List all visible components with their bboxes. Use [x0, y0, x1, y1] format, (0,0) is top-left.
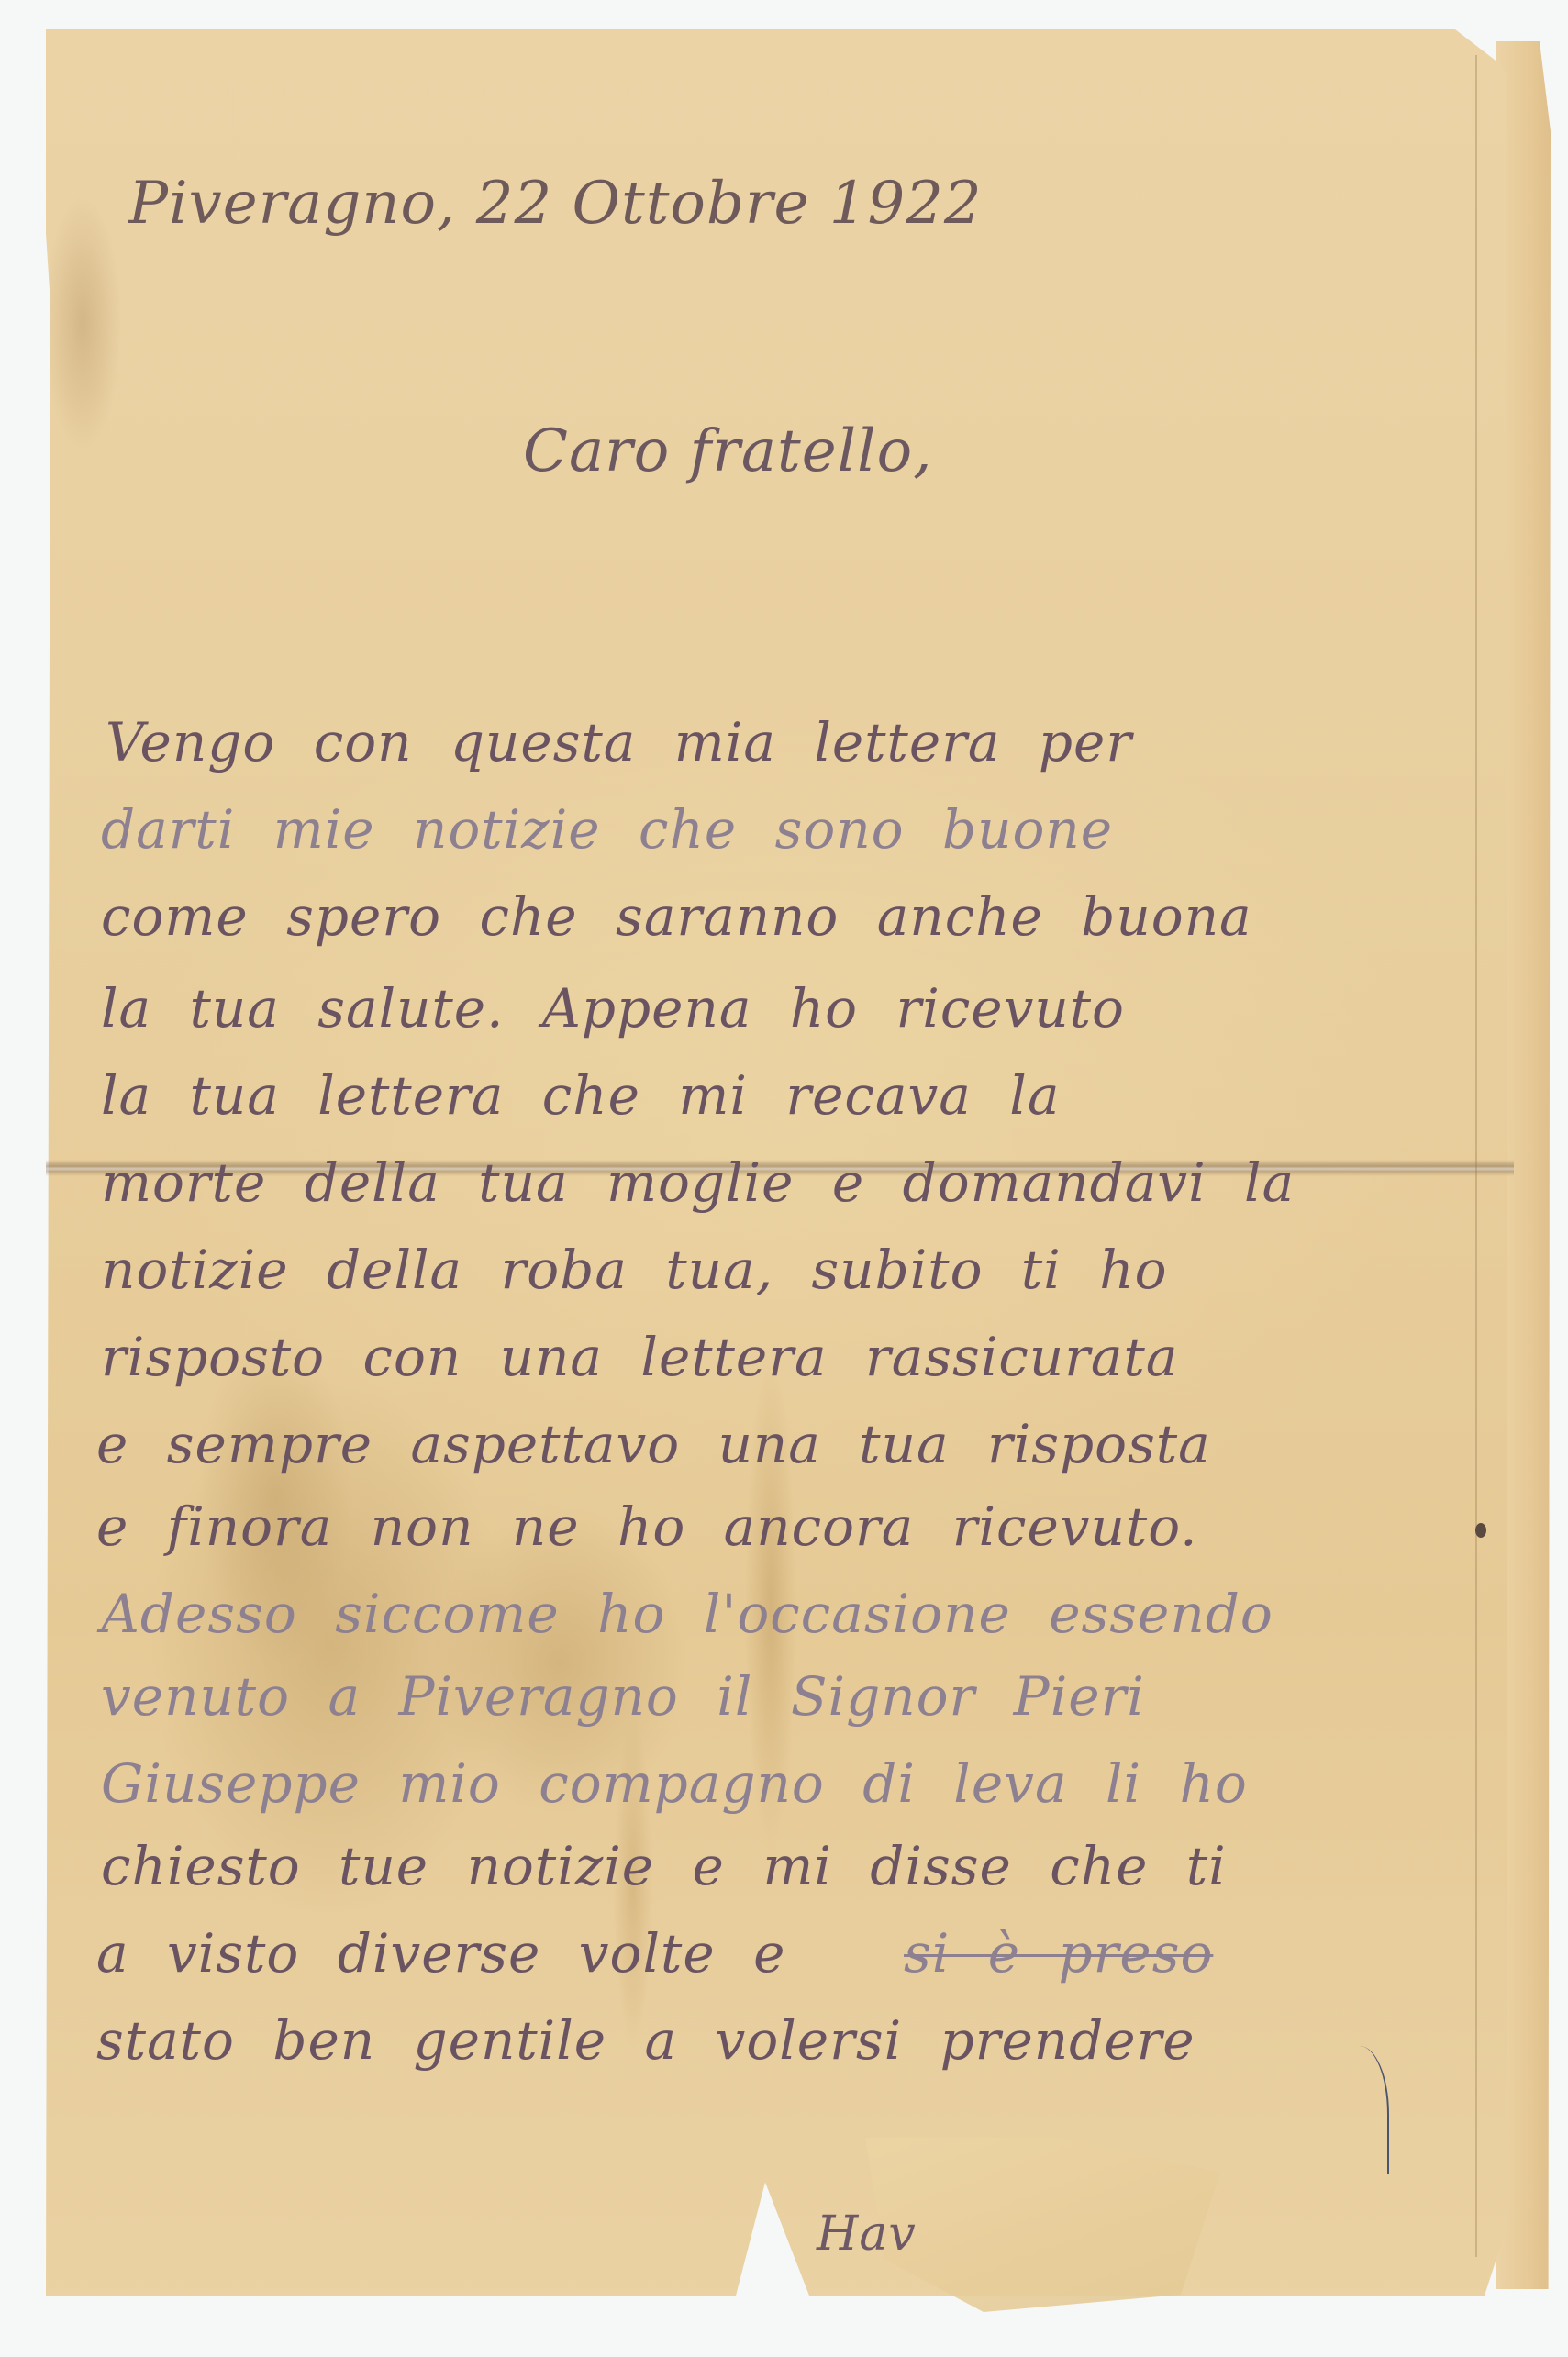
body-line: Giuseppe mio compagno di leva li ho — [101, 1752, 1248, 1815]
body-line: venuto a Piveragno il Signor Pieri — [101, 1665, 1145, 1728]
body-line: e sempre aspettavo una tua risposta — [96, 1413, 1211, 1475]
body-line: la tua lettera che mi recava la — [101, 1064, 1060, 1127]
body-line: stato ben gentile a volersi prendere — [96, 2009, 1195, 2072]
struck-through-text: si è preso — [904, 1922, 1213, 1985]
ink-blot — [1475, 1523, 1486, 1538]
body-line: la tua salute. Appena ho ricevuto — [101, 977, 1125, 1040]
body-line: risposto con una lettera rassicurata — [101, 1326, 1178, 1388]
place-date-heading: Piveragno, 22 Ottobre 1922 — [128, 170, 983, 238]
body-line: notizie della roba tua, subito ti ho — [101, 1239, 1168, 1301]
salutation: Caro fratello, — [523, 417, 932, 485]
body-line: darti mie notizie che sono buone — [101, 798, 1113, 861]
vertical-fold-crease — [1475, 55, 1477, 2257]
signature-fragment: Hav — [817, 2207, 917, 2262]
body-line: Vengo con questa mia lettera per — [106, 711, 1132, 773]
body-line: come spero che saranno anche buona — [101, 885, 1252, 948]
body-line: Adesso siccome ho l'occasione essendo — [101, 1583, 1273, 1645]
body-line: e finora non ne ho ancora ricevuto. — [96, 1495, 1198, 1558]
body-line: morte della tua moglie e domandavi la — [101, 1151, 1295, 1214]
body-line: chiesto tue notizie e mi disse che ti — [101, 1835, 1227, 1897]
body-line: a visto diverse volte e — [96, 1922, 785, 1985]
